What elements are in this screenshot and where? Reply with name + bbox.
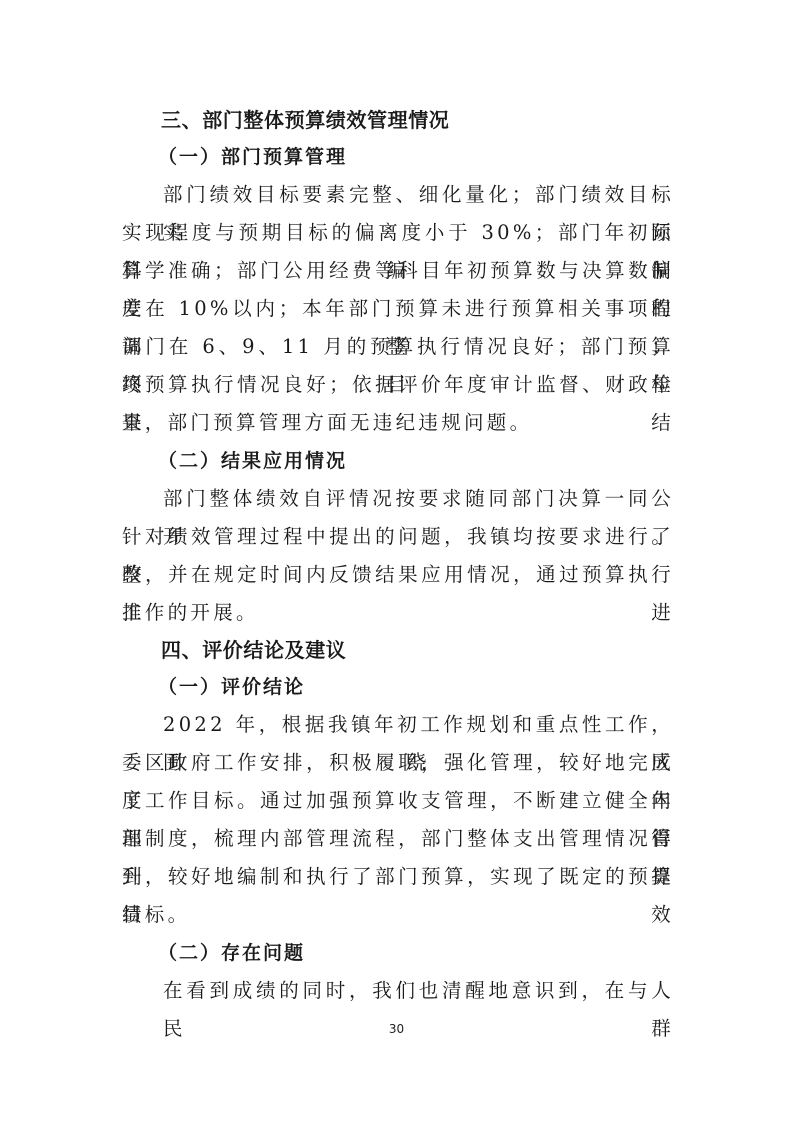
paragraph-existing-problems: 在看到成绩的同时，我们也清醒地意识到，在与人民群	[122, 972, 674, 1010]
paragraph-line: 改，并在规定时间内反馈结果应用情况，通过预算执行推进	[122, 556, 674, 594]
paragraph-line: 科学准确；部门公用经费等科目年初预算数与决算数偏差程	[122, 252, 674, 290]
paragraph-budget-management: 部门绩效目标要素完整、细化量化；部门绩效目标实际 实现程度与预期目标的偏离度小于…	[122, 176, 674, 442]
paragraph-line: 部门整体绩效自评情况按要求随同部门决算一同公开。	[122, 480, 674, 518]
subsection-heading-evaluation-conclusion: （一）评价结论	[122, 668, 674, 706]
section-heading-4: 四、评价结论及建议	[122, 632, 674, 668]
paragraph-line: 在看到成绩的同时，我们也清醒地意识到，在与人民群	[122, 972, 674, 1010]
subsection-heading-budget-management: （一）部门预算管理	[122, 138, 674, 176]
page-number: 30	[0, 1022, 793, 1036]
paragraph-line: 理制度，梳理内部管理流程，部门整体支出管理情况得到提	[122, 820, 674, 858]
paragraph-evaluation-conclusion: 2022 年，根据我镇年初工作规划和重点性工作，围绕区 委区政府工作安排，积极履…	[122, 706, 674, 934]
paragraph-line: 度在 10%以内；本年部门预算未进行预算相关事项的调整；	[122, 290, 674, 328]
paragraph-result-application: 部门整体绩效自评情况按要求随同部门决算一同公开。 针对绩效管理过程中提出的问题，…	[122, 480, 674, 632]
paragraph-line: 终预算执行情况良好；依据评价年度审计监督、财政检查结	[122, 366, 674, 404]
subsection-heading-result-application: （二）结果应用情况	[122, 442, 674, 480]
section-heading-3: 三、部门整体预算绩效管理情况	[122, 102, 674, 138]
document-page: 三、部门整体预算绩效管理情况 （一）部门预算管理 部门绩效目标要素完整、细化量化…	[122, 102, 674, 1010]
paragraph-line: 升，较好地编制和执行了部门预算，实现了既定的预算绩效	[122, 858, 674, 896]
paragraph-line: 2022 年，根据我镇年初工作规划和重点性工作，围绕区	[122, 706, 674, 744]
paragraph-line: 部门绩效目标要素完整、细化量化；部门绩效目标实际	[122, 176, 674, 214]
subsection-heading-existing-problems: （二）存在问题	[122, 934, 674, 972]
paragraph-line: 部门在 6、9、11 月的预算执行情况良好；部门预算项目年	[122, 328, 674, 366]
paragraph-line: 实现程度与预期目标的偏离度小于 30%；部门年初预算编制	[122, 214, 674, 252]
paragraph-line: 度工作目标。通过加强预算收支管理，不断建立健全内部管	[122, 782, 674, 820]
paragraph-line: 委区政府工作安排，积极履职，强化管理，较好地完成了年	[122, 744, 674, 782]
paragraph-line: 针对绩效管理过程中提出的问题，我镇均按要求进行了整	[122, 518, 674, 556]
